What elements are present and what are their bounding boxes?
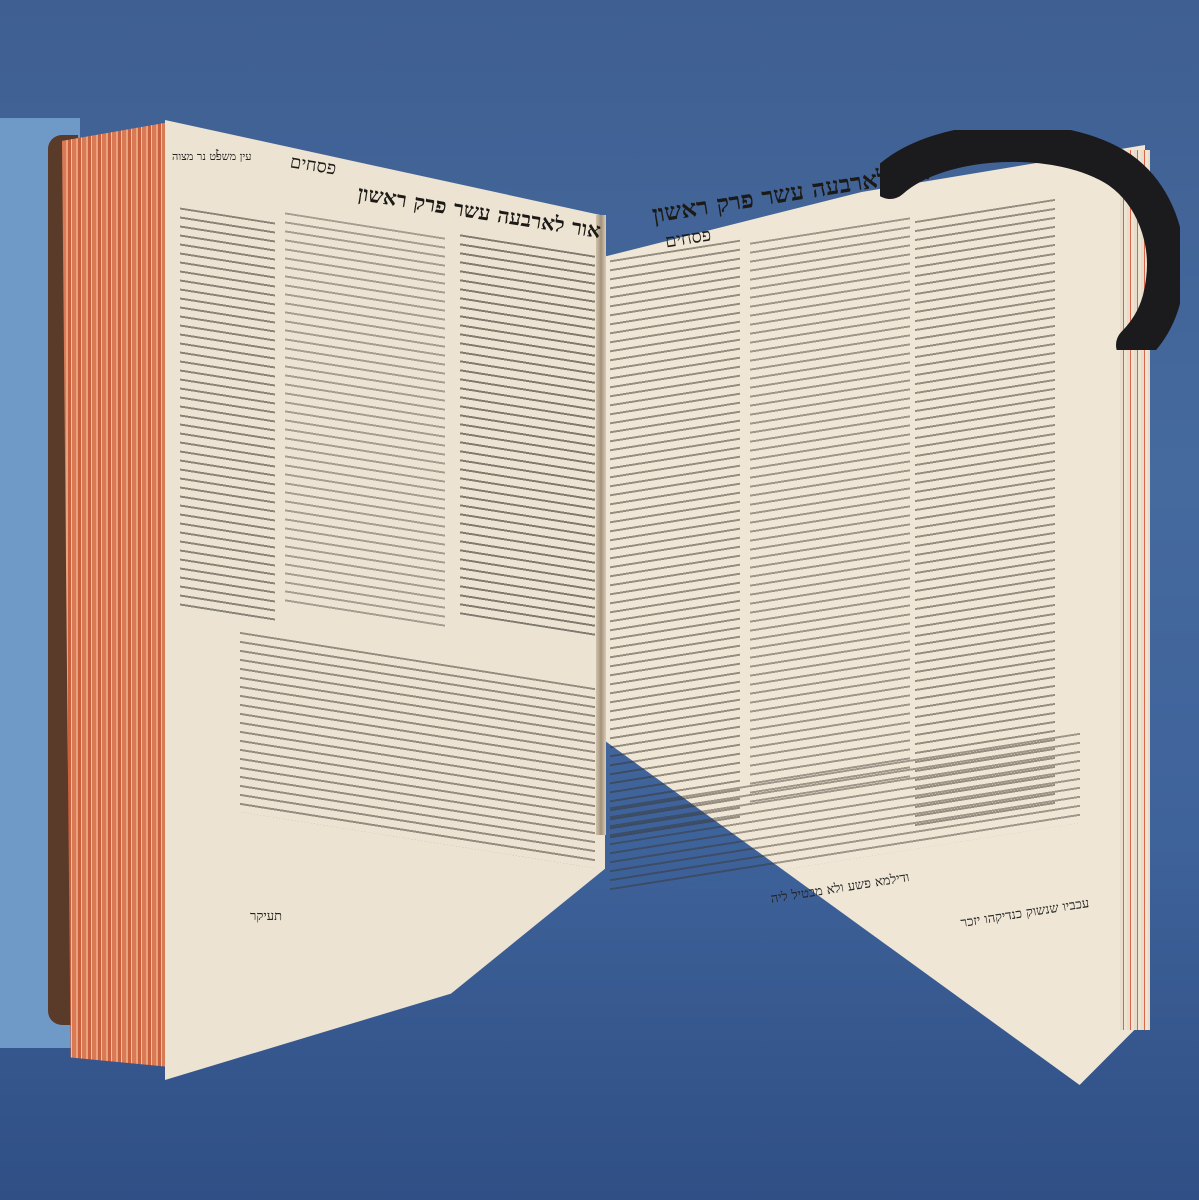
left-commentary-column <box>285 212 445 627</box>
book-photo: אור לארבעה עשר פרק ראשון פסחים ז עין משפ… <box>0 0 1199 1200</box>
left-margin-note: עין משפט נר מצוה <box>172 150 252 163</box>
red-page-edges-left <box>62 122 170 1067</box>
left-margin-commentary <box>180 207 275 622</box>
book-gutter <box>596 215 606 835</box>
left-main-text <box>460 234 595 635</box>
left-catchword: תעיקר <box>250 908 282 924</box>
black-cord-bookmark <box>880 130 1180 350</box>
right-main-text <box>610 240 740 841</box>
